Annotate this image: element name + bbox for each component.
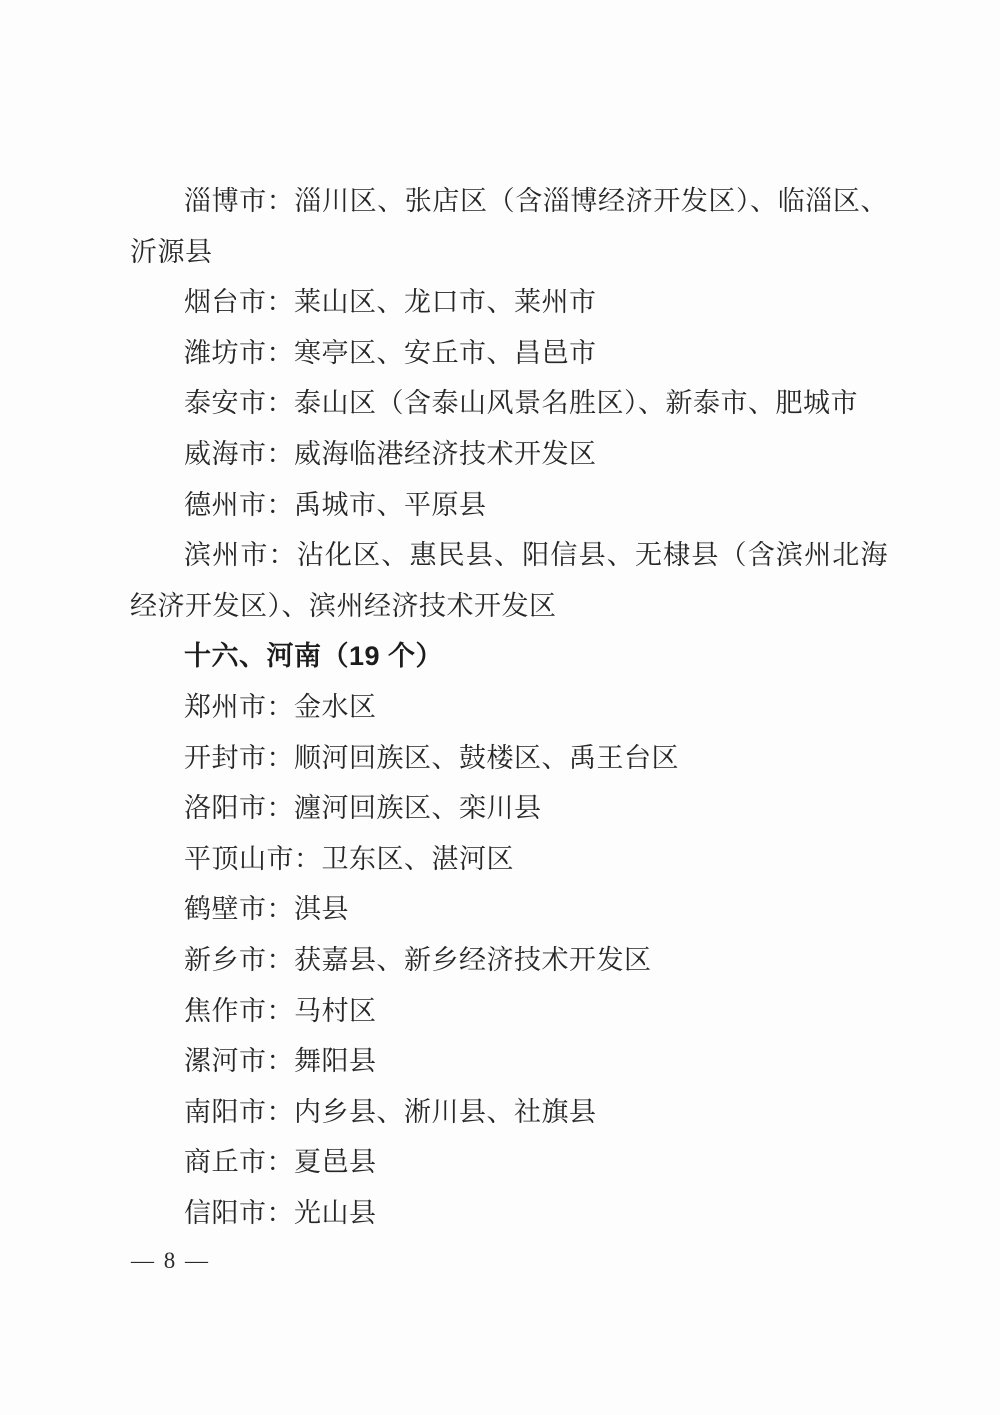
city-entry-zhengzhou: 郑州市：金水区 (130, 682, 888, 733)
document-page: 淄博市：淄川区、张店区（含淄博经济开发区）、临淄区、沂源县 烟台市：莱山区、龙口… (0, 0, 1000, 1415)
city-entry-weihai: 威海市：威海临港经济技术开发区 (130, 429, 888, 480)
page-number: — 8 — (131, 1248, 210, 1274)
city-entry-kaifeng: 开封市：顺河回族区、鼓楼区、禹王台区 (130, 733, 888, 784)
city-entry-xinyang: 信阳市：光山县 (130, 1188, 888, 1239)
city-entry-luohe: 漯河市：舞阳县 (130, 1036, 888, 1087)
city-entry-xinxiang: 新乡市：获嘉县、新乡经济技术开发区 (130, 935, 888, 986)
city-entry-hebi: 鹤壁市：淇县 (130, 884, 888, 935)
city-entry-pingdingshan: 平顶山市：卫东区、湛河区 (130, 834, 888, 885)
city-entry-jiaozuo: 焦作市：马村区 (130, 986, 888, 1037)
city-entry-zibo: 淄博市：淄川区、张店区（含淄博经济开发区）、临淄区、沂源县 (130, 176, 888, 277)
city-entry-luoyang: 洛阳市：瀍河回族区、栾川县 (130, 783, 888, 834)
city-entry-weifang: 潍坊市：寒亭区、安丘市、昌邑市 (130, 328, 888, 379)
city-entry-dezhou: 德州市：禹城市、平原县 (130, 480, 888, 531)
document-body: 淄博市：淄川区、张店区（含淄博经济开发区）、临淄区、沂源县 烟台市：莱山区、龙口… (130, 176, 888, 1238)
section-heading-henan: 十六、河南（19 个） (130, 631, 888, 682)
city-entry-shangqiu: 商丘市：夏邑县 (130, 1137, 888, 1188)
city-entry-nanyang: 南阳市：内乡县、淅川县、社旗县 (130, 1087, 888, 1138)
city-entry-binzhou: 滨州市：沾化区、惠民县、阳信县、无棣县（含滨州北海经济开发区）、滨州经济技术开发… (130, 530, 888, 631)
city-entry-yantai: 烟台市：莱山区、龙口市、莱州市 (130, 277, 888, 328)
city-entry-taian: 泰安市：泰山区（含泰山风景名胜区）、新泰市、肥城市 (130, 378, 888, 429)
